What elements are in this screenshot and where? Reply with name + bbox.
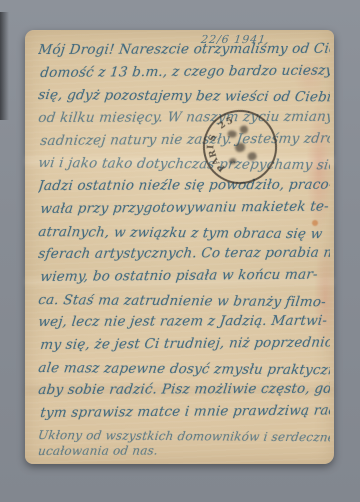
- handwritten-line: domość z 13 b.m., z czego bardzo ucieszy…: [39, 62, 330, 87]
- handwritten-line: sadniczej natury nie zaszły. Jesteśmy zd…: [39, 130, 330, 155]
- postmark-smudge: [234, 142, 246, 153]
- postmark-letter: I: [206, 144, 216, 149]
- photo-background: 22/6 1941 Mój Drogi! Nareszcie otrzymali…: [0, 0, 360, 502]
- postmark-smudge: [239, 125, 249, 135]
- handwritten-line: Jadzi ostatnio nieźle się powodziło, pra…: [38, 177, 330, 201]
- handwritten-line: my się, że jest Ci trudniej, niż poprzed…: [39, 334, 330, 359]
- postmark-smudge: [229, 157, 237, 165]
- handwritten-line: sferach artystycznych. Co teraz porabia …: [38, 245, 330, 269]
- postmark-smudge: [227, 130, 237, 138]
- postcard: 22/6 1941 Mój Drogi! Nareszcie otrzymali…: [25, 30, 334, 464]
- letter-body: Mój Drogi! Nareszcie otrzymaliśmy od Cie…: [38, 42, 330, 460]
- handwritten-line: wej, lecz nie jest razem z Jadzią. Martw…: [38, 313, 330, 337]
- postmark-smudge: [247, 151, 258, 161]
- handwritten-line: wała przy przygotowywaniu makietek te-: [39, 198, 330, 223]
- handwritten-line: od kilku miesięcy. W naszym życiu zmiany…: [38, 109, 330, 133]
- handwritten-line: Mój Drogi! Nareszcie otrzymaliśmy od Cie…: [38, 42, 330, 65]
- handwritten-line: wiemy, bo ostatnio pisała w końcu mar-: [39, 266, 330, 291]
- postmark-letter: S: [208, 134, 220, 143]
- handwritten-line: aby sobie radzić. Pisz możliwie często, …: [38, 381, 330, 405]
- handwritten-line: tym sprawisz matce i mnie prawdziwą rado…: [39, 402, 330, 427]
- photo-edge-shadow: [0, 12, 9, 120]
- handwritten-line: ucałowania od nas.: [38, 442, 330, 459]
